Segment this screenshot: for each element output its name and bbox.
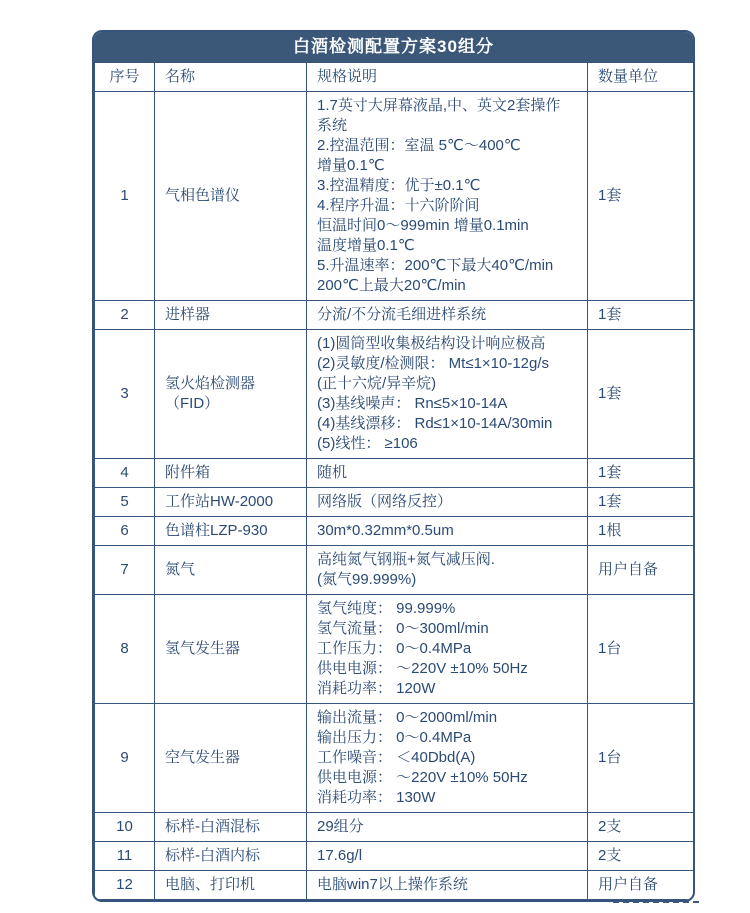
item-name-cell: 工作站HW-2000 [155,488,307,517]
item-quantity-cell: 1套 [588,301,694,330]
item-spec-cell: 1.7英寸大屏幕液晶,中、英文2套操作 系统 2.控温范围：室温 5℃～400℃… [307,92,588,301]
row-index-cell: 10 [95,813,155,842]
row-index-cell: 2 [95,301,155,330]
item-name-cell: 附件箱 [155,459,307,488]
item-name-cell: 气相色谱仪 [155,92,307,301]
item-quantity-cell: 1套 [588,92,694,301]
item-name-cell: 氢气发生器 [155,595,307,704]
item-spec-cell: 氢气纯度： 99.999% 氢气流量： 0～300ml/min 工作压力： 0～… [307,595,588,704]
item-name-cell: 色谱柱LZP-930 [155,517,307,546]
table-row: 10 标样-白酒混标 29组分 2支 [95,813,694,842]
table-row: 9 空气发生器 输出流量： 0～2000ml/min 输出压力： 0～0.4MP… [95,704,694,813]
table-row: 5 工作站HW-2000 网络版（网络反控） 1套 [95,488,694,517]
spec-card: 白酒检测配置方案30组分 序号 名称 规格说明 数量单位 1 气相色谱仪 1.7… [92,30,695,902]
crop-dashed-line [613,901,699,903]
column-header-name: 名称 [155,63,307,92]
column-header-spec: 规格说明 [307,63,588,92]
row-index-cell: 12 [95,871,155,900]
table-row: 12 电脑、打印机 电脑win7以上操作系统 用户自备 [95,871,694,900]
item-name-cell: 电脑、打印机 [155,871,307,900]
item-spec-cell: 电脑win7以上操作系统 [307,871,588,900]
item-name-cell: 空气发生器 [155,704,307,813]
page-title: 白酒检测配置方案30组分 [94,32,693,62]
table-row: 3 氢火焰检测器（FID） (1)圆筒型收集极结构设计响应极高 (2)灵敏度/检… [95,330,694,459]
item-spec-cell: 29组分 [307,813,588,842]
item-quantity-cell: 2支 [588,842,694,871]
item-spec-cell: 17.6g/l [307,842,588,871]
item-name-cell: 标样-白酒混标 [155,813,307,842]
table-row: 4 附件箱 随机 1套 [95,459,694,488]
item-name-cell: 进样器 [155,301,307,330]
item-spec-cell: 输出流量： 0～2000ml/min 输出压力： 0～0.4MPa 工作噪音： … [307,704,588,813]
spec-table: 序号 名称 规格说明 数量单位 1 气相色谱仪 1.7英寸大屏幕液晶,中、英文2… [94,62,694,900]
table-row: 11 标样-白酒内标 17.6g/l 2支 [95,842,694,871]
table-row: 2 进样器 分流/不分流毛细进样系统 1套 [95,301,694,330]
column-header-index: 序号 [95,63,155,92]
table-row: 1 气相色谱仪 1.7英寸大屏幕液晶,中、英文2套操作 系统 2.控温范围：室温… [95,92,694,301]
row-index-cell: 8 [95,595,155,704]
item-quantity-cell: 1套 [588,459,694,488]
row-index-cell: 11 [95,842,155,871]
item-quantity-cell: 1套 [588,330,694,459]
item-spec-cell: 分流/不分流毛细进样系统 [307,301,588,330]
item-quantity-cell: 1台 [588,704,694,813]
item-spec-cell: 随机 [307,459,588,488]
item-quantity-cell: 1套 [588,488,694,517]
row-index-cell: 1 [95,92,155,301]
row-index-cell: 4 [95,459,155,488]
item-spec-cell: 高纯氮气钢瓶+氮气减压阀. (氮气99.999%) [307,546,588,595]
item-name-cell: 氢火焰检测器（FID） [155,330,307,459]
item-spec-cell: (1)圆筒型收集极结构设计响应极高 (2)灵敏度/检测限： Mt≤1×10-12… [307,330,588,459]
item-quantity-cell: 2支 [588,813,694,842]
table-row: 8 氢气发生器 氢气纯度： 99.999% 氢气流量： 0～300ml/min … [95,595,694,704]
item-name-cell: 氮气 [155,546,307,595]
table-header-row: 序号 名称 规格说明 数量单位 [95,63,694,92]
item-quantity-cell: 1台 [588,595,694,704]
item-name-cell: 标样-白酒内标 [155,842,307,871]
item-spec-cell: 网络版（网络反控） [307,488,588,517]
row-index-cell: 3 [95,330,155,459]
item-quantity-cell: 1根 [588,517,694,546]
table-row: 7 氮气 高纯氮气钢瓶+氮气减压阀. (氮气99.999%) 用户自备 [95,546,694,595]
item-quantity-cell: 用户自备 [588,546,694,595]
item-spec-cell: 30m*0.32mm*0.5um [307,517,588,546]
row-index-cell: 6 [95,517,155,546]
row-index-cell: 7 [95,546,155,595]
item-quantity-cell: 用户自备 [588,871,694,900]
table-row: 6 色谱柱LZP-930 30m*0.32mm*0.5um 1根 [95,517,694,546]
column-header-quantity: 数量单位 [588,63,694,92]
row-index-cell: 5 [95,488,155,517]
page: 白酒检测配置方案30组分 序号 名称 规格说明 数量单位 1 气相色谱仪 1.7… [0,0,750,913]
row-index-cell: 9 [95,704,155,813]
